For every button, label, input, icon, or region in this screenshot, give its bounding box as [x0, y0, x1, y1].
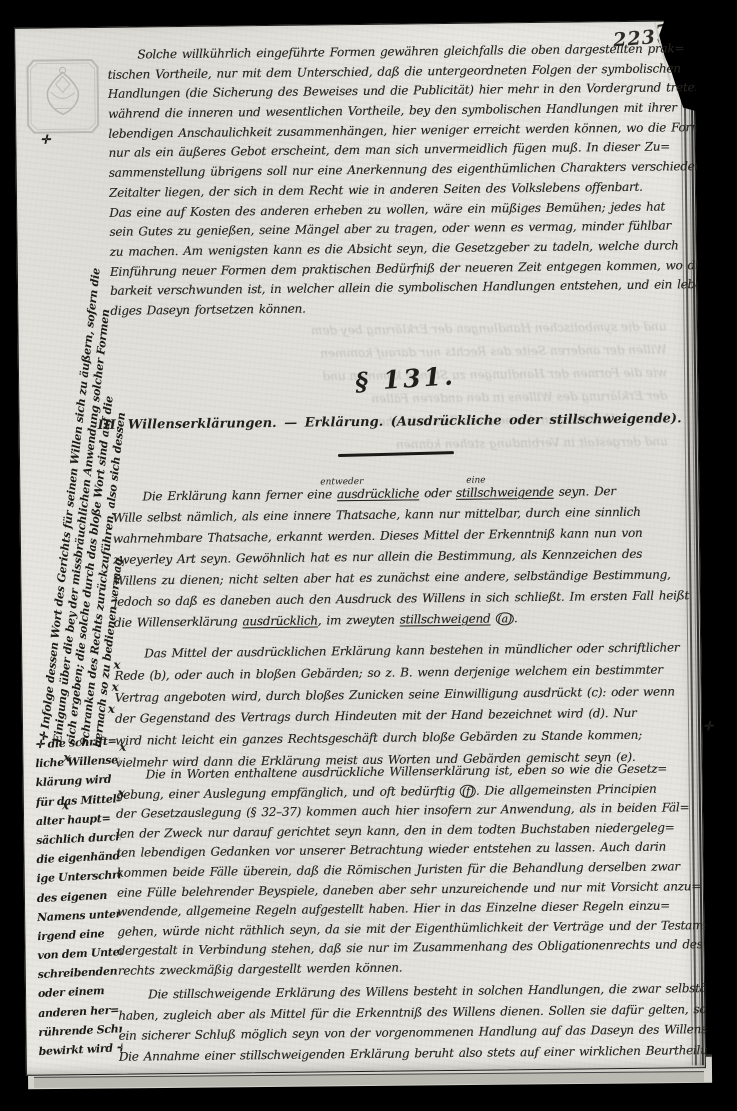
body-paragraph-4: Die in Worten enthaltene ausdrückliche W…: [115, 761, 705, 983]
text-segment: Die Erklärung kann ferner eine: [142, 487, 337, 503]
margin-note: ✛ die schrift=liche Willenser=klärung wi…: [35, 736, 123, 1063]
text-segment: gebung, einer Auslegung empfänglich, und…: [116, 783, 460, 801]
text-segment: , im zweyten: [318, 613, 400, 628]
margin-mark: x: [111, 680, 118, 694]
margin-mark: x: [113, 658, 120, 672]
margin-mark: x: [62, 798, 69, 812]
circled-reference: (a): [495, 612, 514, 625]
manuscript-scan: 223 75 und die symbolischen Handlungen d…: [0, 0, 737, 1111]
text-segment: oder: [419, 486, 456, 500]
margin-mark: x: [119, 740, 126, 754]
margin-mark: ✛: [40, 132, 50, 146]
text-segment: seyn. Der: [553, 484, 615, 499]
body-paragraph-5: Die stillschweigende Erklärung des Wille…: [118, 981, 707, 1070]
bleed-through-line: und dergestalt in Verbindung stehen könn…: [108, 435, 668, 464]
embossed-seal-icon: [25, 58, 100, 135]
underlined-word: stillschweigend: [400, 612, 491, 627]
margin-mark: x: [63, 750, 70, 764]
text-segment: . Die allgemeinsten Principien: [476, 781, 657, 797]
body-paragraph-2: Die Erklärung kann ferner eine ausdrückl…: [112, 483, 702, 637]
underlined-word: ausdrückliche: [337, 486, 419, 501]
margin-mark: ✛: [703, 719, 713, 733]
underlined-word: ausdrücklich: [242, 613, 317, 628]
margin-marks: xxxxxxx✛✛: [15, 21, 693, 29]
manuscript-page: 223 75 und die symbolischen Handlungen d…: [14, 20, 706, 1076]
body-paragraph-3: Das Mittel der ausdrücklichen Erklärung …: [114, 640, 703, 777]
text-segment: [490, 611, 495, 625]
text-segment: .: [514, 611, 518, 625]
underlined-word: stillschweigende: [456, 485, 554, 500]
text-segment: die Willenserklärung: [114, 614, 243, 629]
circled-reference: (f): [460, 784, 476, 797]
body-paragraph-1: Solche willkührlich eingeführte Formen g…: [107, 41, 698, 323]
interlinear-insertion: eine: [466, 476, 485, 486]
margin-mark: x: [118, 786, 125, 800]
margin-note-line: bewirkt wird ✛: [38, 1041, 123, 1064]
interlinear-insertion: entweder: [320, 477, 363, 487]
margin-mark: x: [108, 702, 115, 716]
